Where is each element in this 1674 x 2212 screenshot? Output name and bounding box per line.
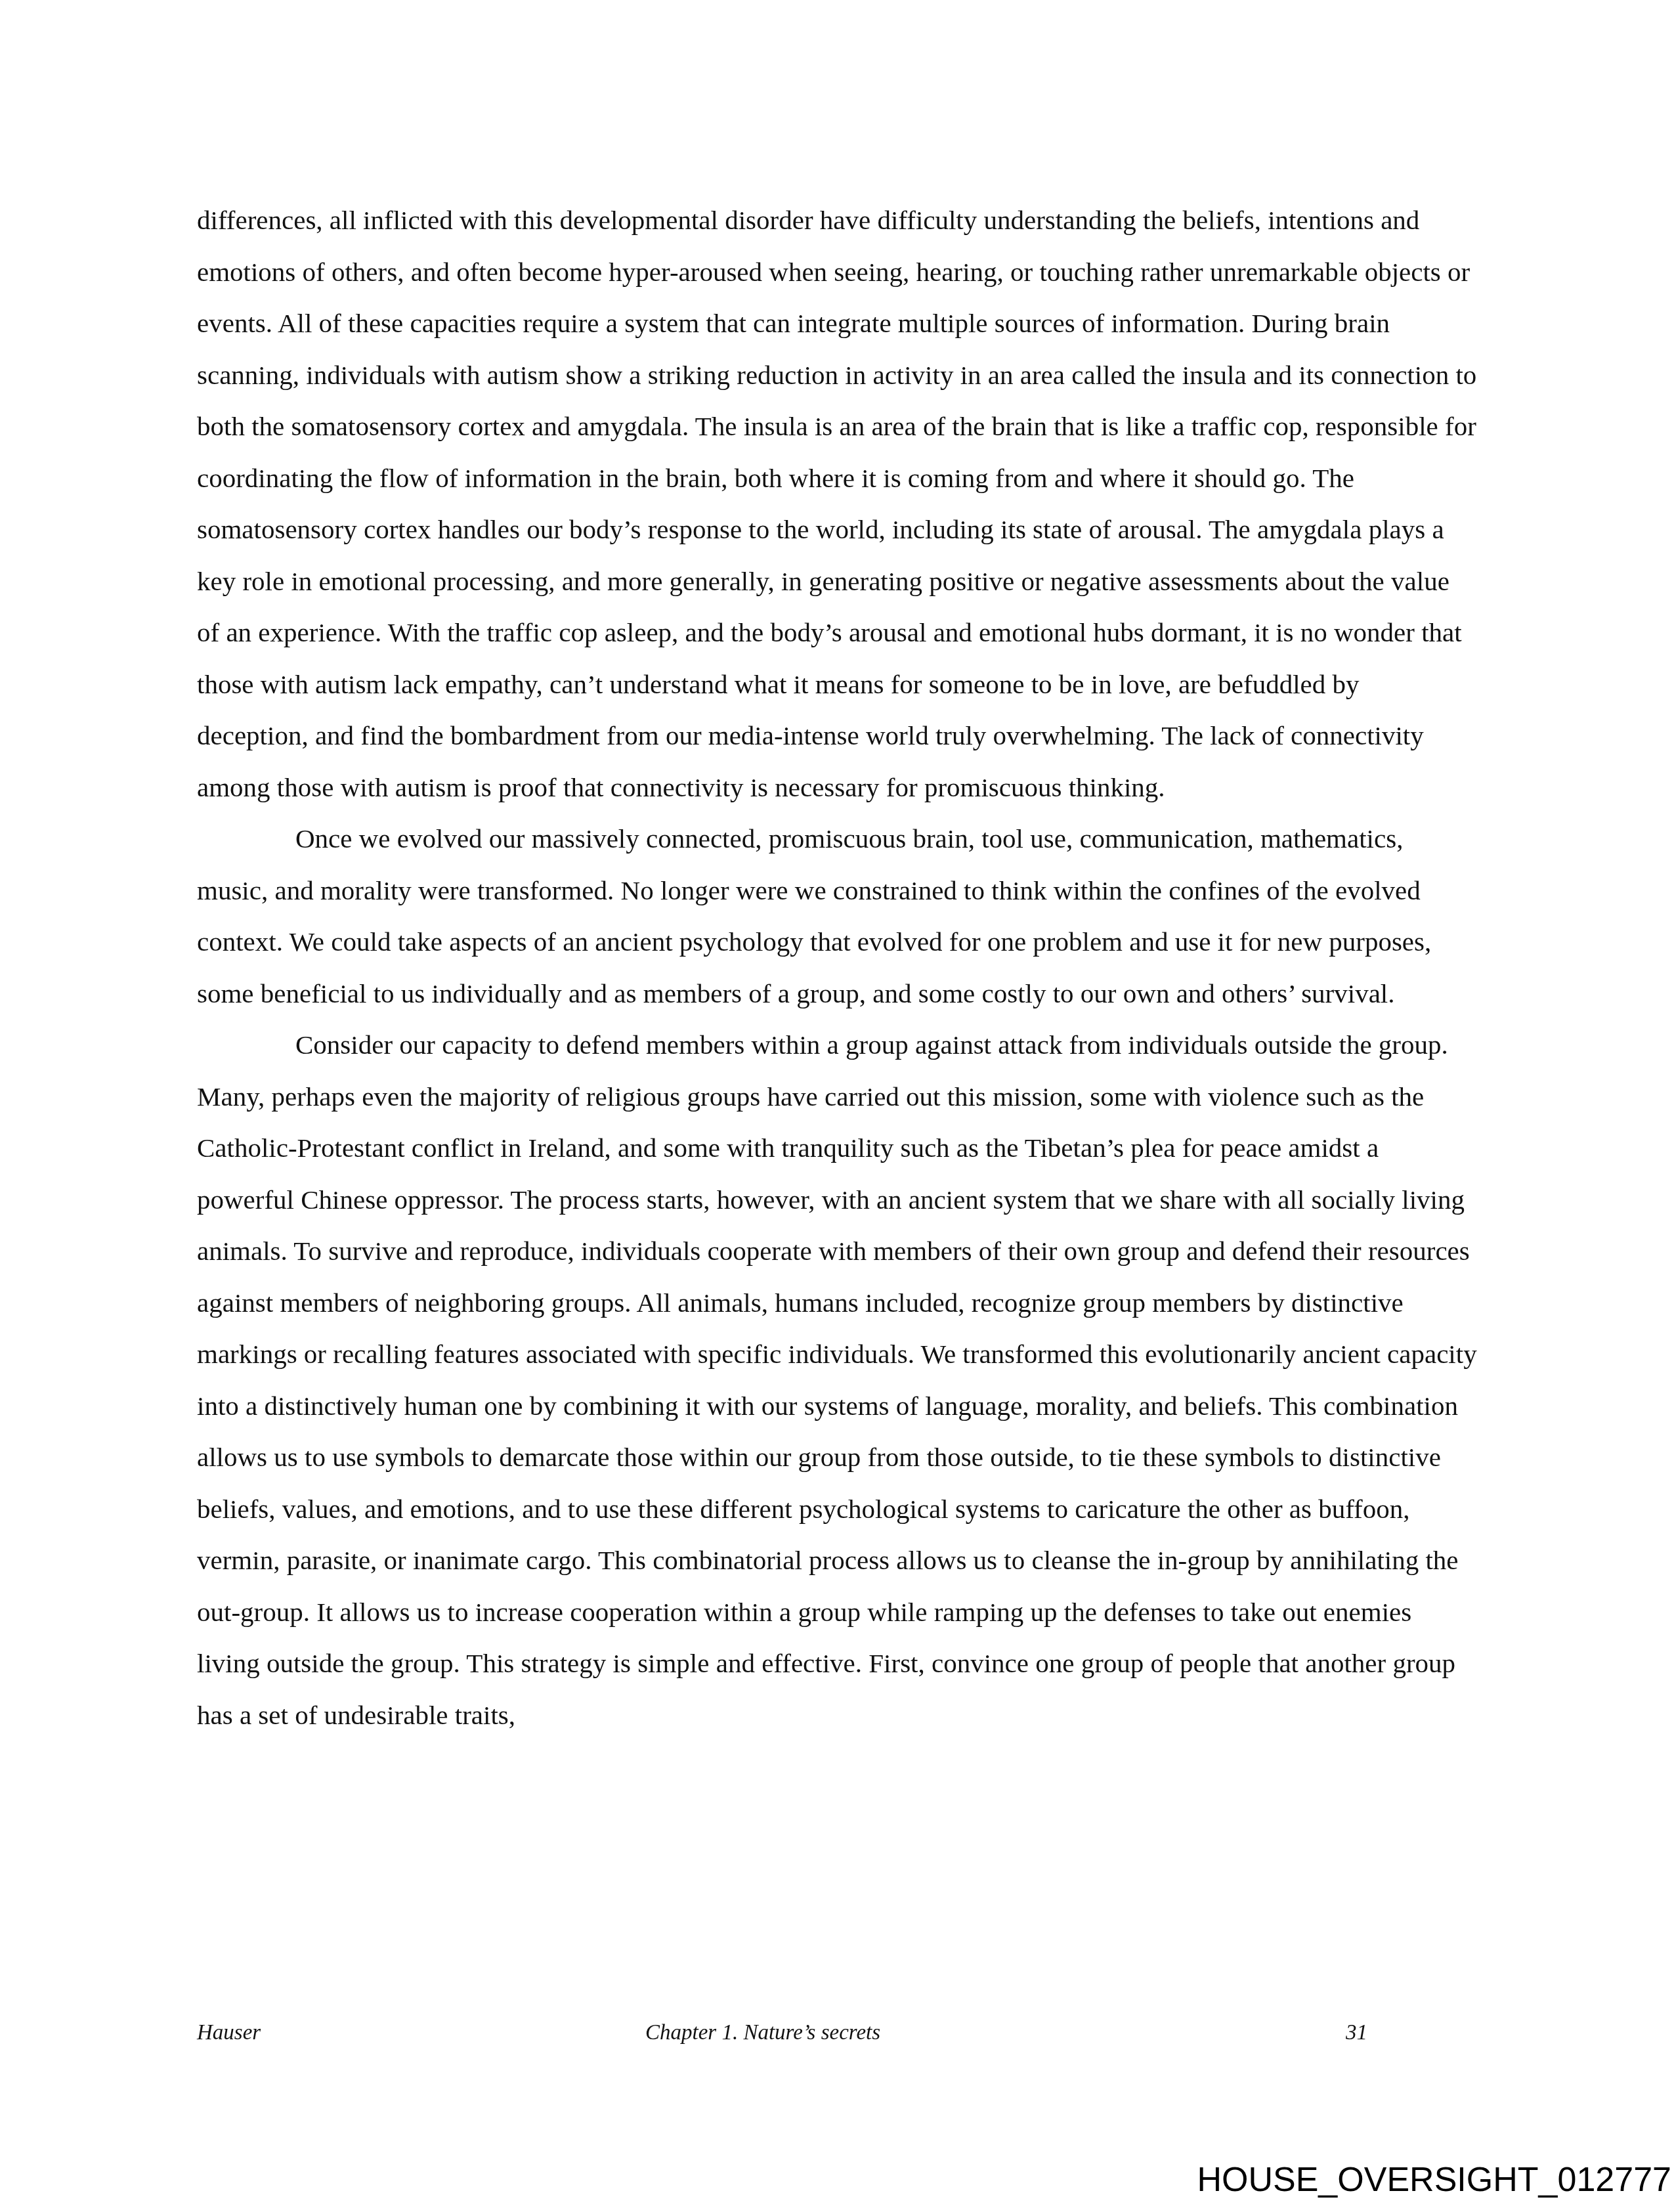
paragraph-1: differences, all inflicted with this dev… — [197, 194, 1477, 813]
paragraph-2: Once we evolved our massively connected,… — [197, 813, 1477, 1019]
paragraph-3: Consider our capacity to defend members … — [197, 1019, 1477, 1741]
document-page: differences, all inflicted with this dev… — [0, 0, 1674, 2212]
body-text: differences, all inflicted with this dev… — [197, 194, 1477, 1741]
page-footer: Hauser Chapter 1. Nature’s secrets 31 — [197, 2021, 1379, 2054]
footer-author: Hauser — [197, 2021, 261, 2045]
footer-page-number: 31 — [1346, 2021, 1367, 2045]
footer-chapter-title: Chapter 1. Nature’s secrets — [645, 2021, 880, 2045]
bates-stamp: HOUSE_OVERSIGHT_012777 — [1197, 2160, 1671, 2200]
